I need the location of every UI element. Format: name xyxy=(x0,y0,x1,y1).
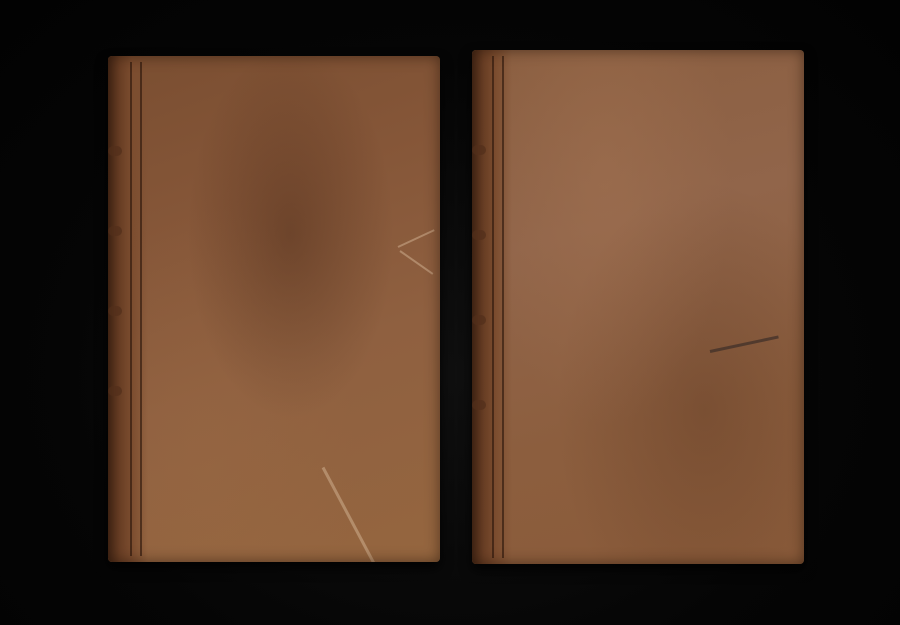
right-book xyxy=(472,50,804,564)
left-book xyxy=(108,56,440,562)
book-edge-shadow xyxy=(472,50,804,564)
book-edge-shadow xyxy=(108,56,440,562)
